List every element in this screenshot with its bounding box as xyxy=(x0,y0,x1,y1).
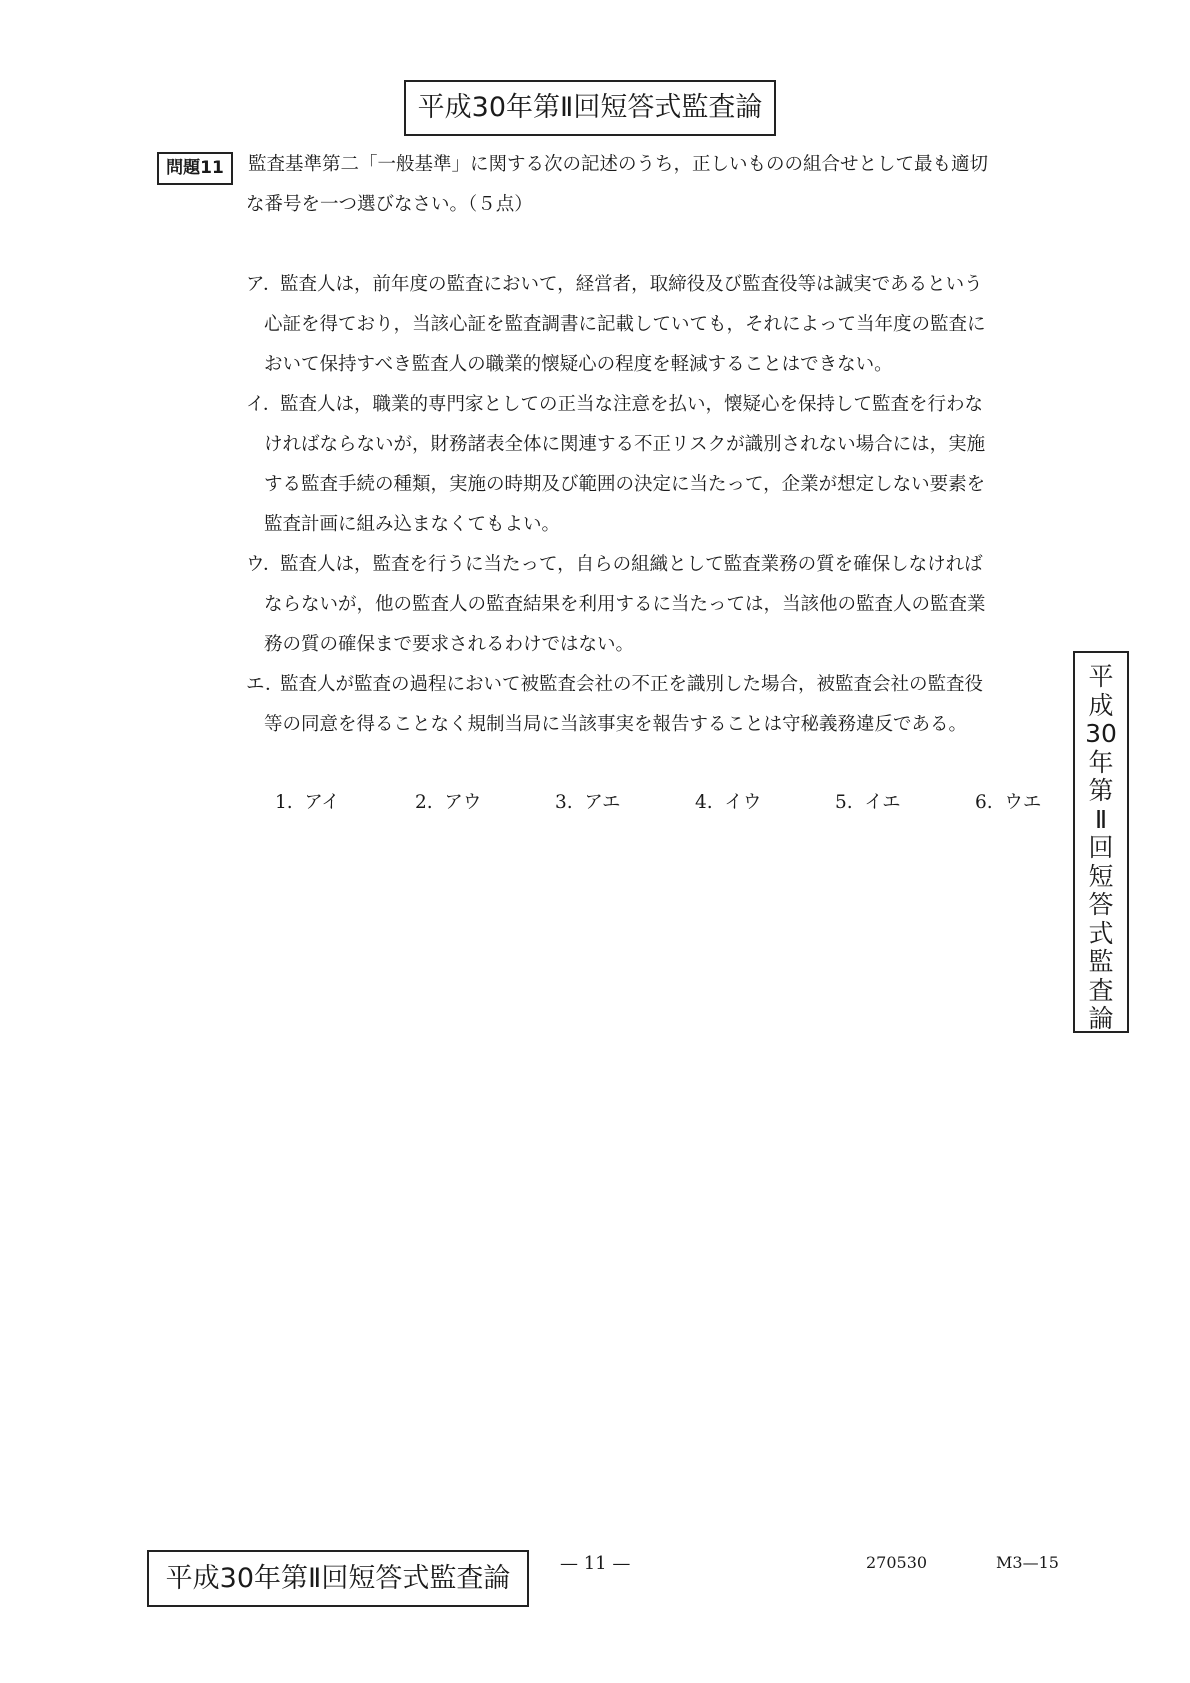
statement-line: 監査人は，監査を行うに当たって，自らの組織として監査業務の質を確保しなければ xyxy=(280,554,983,576)
statement-marker: ア． xyxy=(246,274,282,296)
side-char: 回 xyxy=(1075,834,1127,863)
choice-1[interactable]: 1. アイ xyxy=(275,792,340,814)
statement-line: する監査手続の種類，実施の時期及び範囲の決定に当たって，企業が想定しない要素を xyxy=(264,474,985,496)
choice-number: 5. xyxy=(835,792,853,813)
statement-line: ならないが，他の監査人の監査結果を利用するに当たっては，当該他の監査人の監査業 xyxy=(264,594,986,616)
footer-title-box: 平成30年第Ⅱ回短答式監査論 xyxy=(147,1550,529,1607)
choice-number: 3. xyxy=(555,792,573,813)
statement-line: ければならないが，財務諸表全体に関連する不正リスクが識別されない場合には，実施 xyxy=(264,434,985,456)
choice-answer: ウエ xyxy=(1004,792,1041,813)
side-char: 成 xyxy=(1075,692,1127,721)
choice-3[interactable]: 3. アエ xyxy=(555,792,621,814)
choice-answer: アイ xyxy=(304,792,339,813)
choice-number: 2. xyxy=(415,792,433,813)
question-number-label: 問題11 xyxy=(157,152,233,185)
page-number: — 11 — xyxy=(560,1553,630,1574)
choice-4[interactable]: 4. イウ xyxy=(695,792,761,814)
exam-title-box: 平成30年第Ⅱ回短答式監査論 xyxy=(404,80,776,136)
side-char: Ⅱ xyxy=(1075,806,1127,835)
statement-line: 監査人は，職業的専門家としての正当な注意を払い，懐疑心を保持して監査を行わな xyxy=(280,394,983,416)
choice-6[interactable]: 6. ウエ xyxy=(975,792,1041,814)
statement-line: 心証を得ており，当該心証を監査調書に記載していても，それによって当年度の監査に xyxy=(264,314,986,336)
choice-answer: アウ xyxy=(444,792,481,813)
statement-marker: ウ． xyxy=(246,554,282,576)
statement-line: 監査人は，前年度の監査において，経営者，取締役及び監査役等は誠実であるという xyxy=(280,274,983,296)
choice-number: 4. xyxy=(695,792,713,813)
statement-line: 監査計画に組み込まなくてもよい。 xyxy=(264,514,560,536)
statement-line: 等の同意を得ることなく規制当局に当該事実を報告することは守秘義務違反である。 xyxy=(264,714,967,736)
side-char: 年 xyxy=(1075,749,1127,778)
side-char: 論 xyxy=(1075,1005,1127,1034)
side-char: 式 xyxy=(1075,920,1127,949)
side-char: 短 xyxy=(1075,863,1127,892)
choice-answer: イエ xyxy=(864,792,900,813)
choice-answer: アエ xyxy=(584,792,620,813)
side-char: 30 xyxy=(1075,720,1127,749)
choice-5[interactable]: 5. イエ xyxy=(835,792,901,814)
statement-marker: エ． xyxy=(246,674,284,696)
statement-marker: イ． xyxy=(246,394,281,416)
side-char: 答 xyxy=(1075,891,1127,920)
side-tab-text: 平 成 30 年 第 Ⅱ 回 短 答 式 監 査 論 xyxy=(1075,663,1127,1034)
side-char: 監 xyxy=(1075,948,1127,977)
side-char: 査 xyxy=(1075,977,1127,1006)
statement-line: おいて保持すべき監査人の職業的懐疑心の程度を軽減することはできない。 xyxy=(264,354,893,376)
choice-2[interactable]: 2. アウ xyxy=(415,792,481,814)
choice-number: 1. xyxy=(275,792,293,813)
statement-line: 監査人が監査の過程において被監査会社の不正を識別した場合，被監査会社の監査役 xyxy=(280,674,983,696)
footer-section: M3—15 xyxy=(996,1553,1059,1572)
statement-line: 務の質の確保まで要求されるわけではない。 xyxy=(264,634,634,656)
side-tab-box: 平 成 30 年 第 Ⅱ 回 短 答 式 監 査 論 xyxy=(1073,651,1129,1033)
question-stem-line-2: な番号を一つ選びなさい。（５点） xyxy=(246,195,533,215)
question-stem-line-1: 監査基準第二「一般基準」に関する次の記述のうち，正しいものの組合せとして最も適切 xyxy=(248,155,988,175)
choice-answer: イウ xyxy=(724,792,761,813)
side-char: 第 xyxy=(1075,777,1127,806)
choice-number: 6. xyxy=(975,792,993,813)
footer-code: 270530 xyxy=(866,1553,927,1572)
side-char: 平 xyxy=(1075,663,1127,692)
